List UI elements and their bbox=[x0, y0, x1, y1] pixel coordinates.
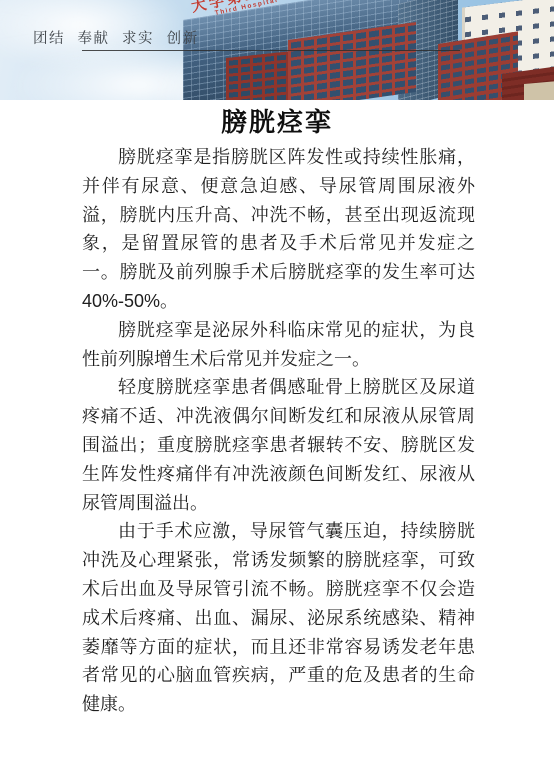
paragraph-definition: 膀胱痉挛是指膀胱区阵发性或持续性胀痛，并伴有尿意、便意急迫感、导尿管周围尿液外溢… bbox=[82, 143, 475, 316]
document-body: 膀胱痉挛是指膀胱区阵发性或持续性胀痛，并伴有尿意、便意急迫感、导尿管周围尿液外溢… bbox=[82, 143, 475, 719]
header-banner: 大学第三医院 Third Hospital 团结 奉献 求实 创新 bbox=[0, 0, 554, 100]
paragraph-causes-risks: 由于手术应激，导尿管气囊压迫，持续膀胱冲洗及心理紧张，常诱发频繁的膀胱痉挛，可致… bbox=[82, 517, 475, 719]
hospital-motto: 团结 奉献 求实 创新 bbox=[33, 27, 199, 48]
motto-underline bbox=[82, 50, 460, 51]
paragraph-prevalence: 膀胱痉挛是泌尿外科临床常见的症状，为良性前列腺增生术后常见并发症之一。 bbox=[82, 316, 475, 374]
document-page: 大学第三医院 Third Hospital 团结 奉献 求实 创新 膀胱痉挛 膀… bbox=[0, 0, 554, 784]
paragraph-severity: 轻度膀胱痉挛患者偶感耻骨上膀胱区及尿道疼痛不适、冲洗液偶尔间断发红和尿液从尿管周… bbox=[82, 373, 475, 517]
building-beige-corner bbox=[524, 81, 554, 100]
page-title: 膀胱痉挛 bbox=[0, 102, 554, 139]
